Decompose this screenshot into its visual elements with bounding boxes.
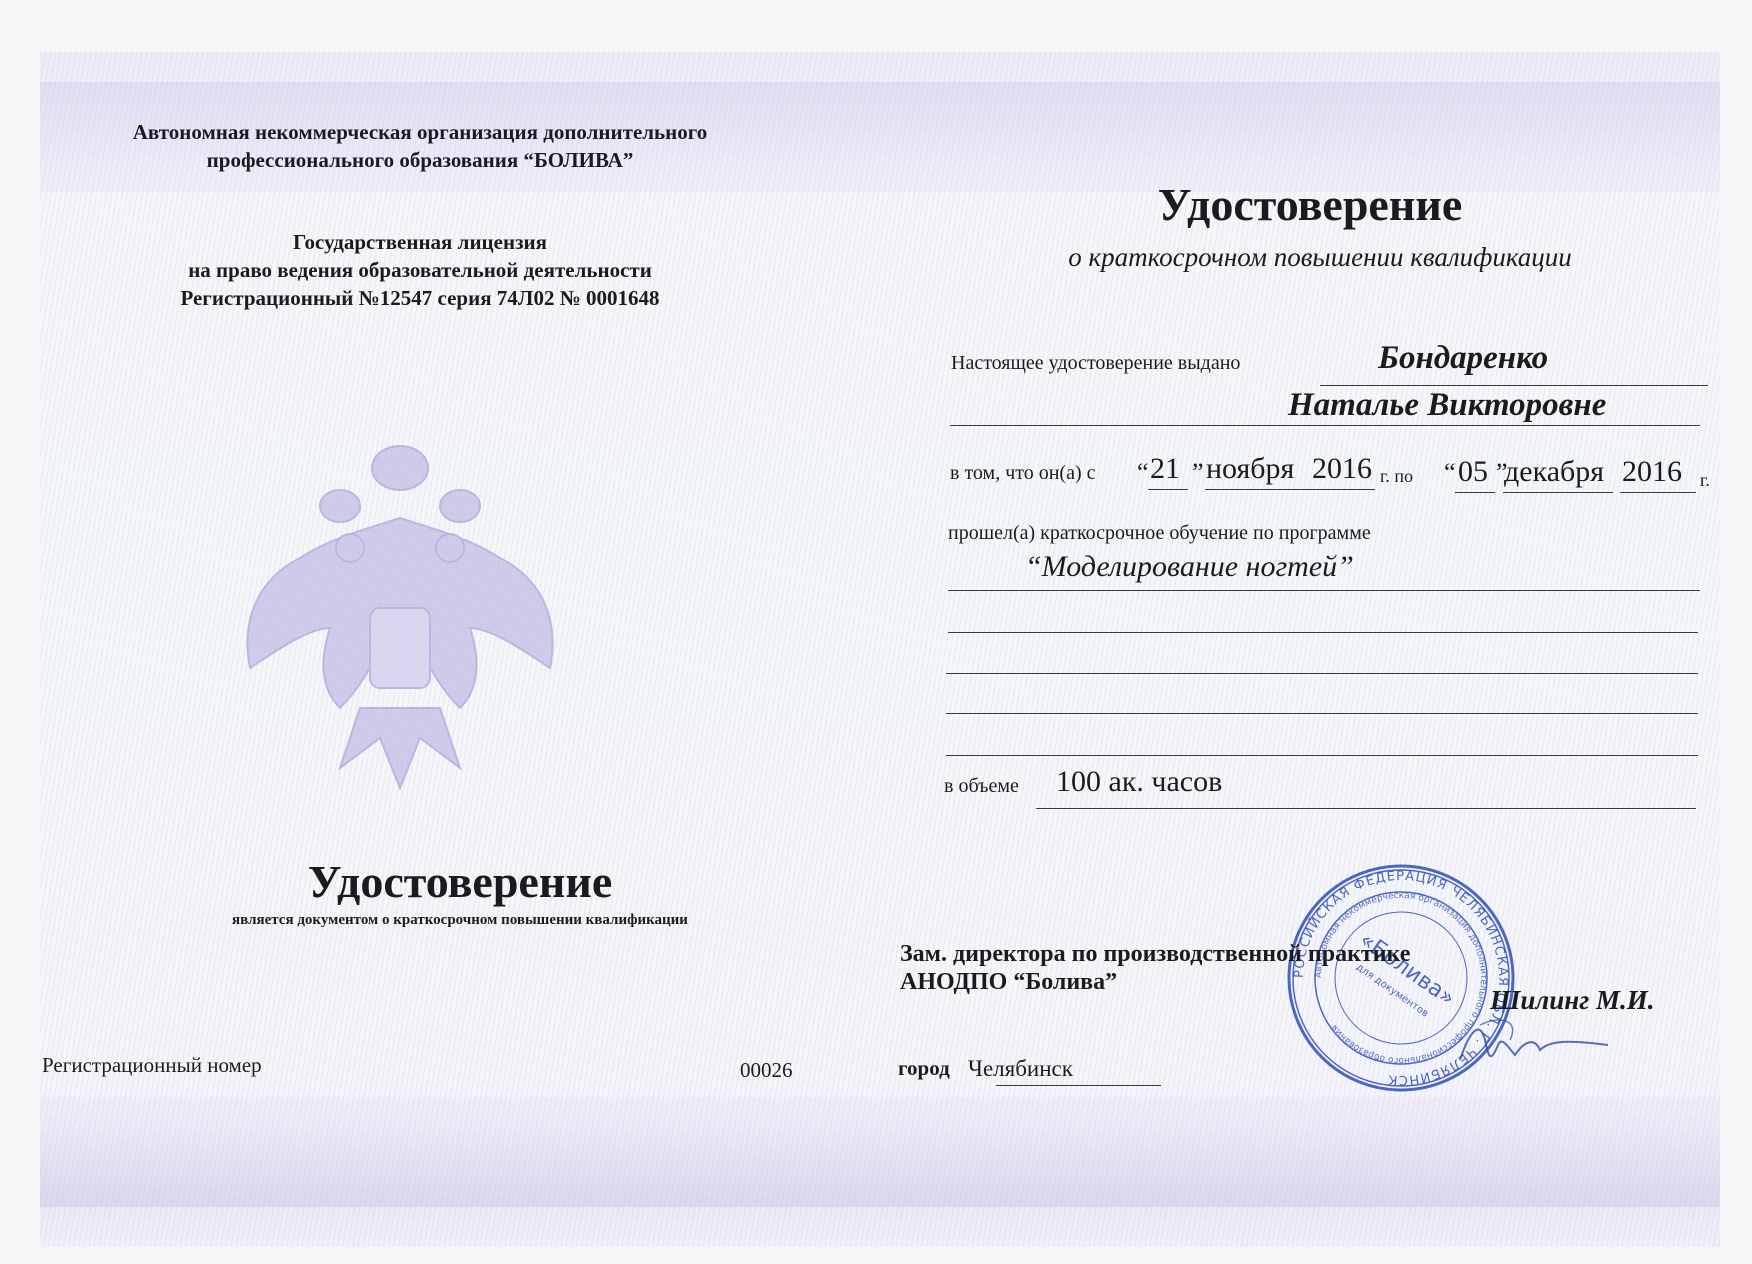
organization-line-1: Автономная некоммерческая организация до… [100, 118, 740, 146]
program-line-4 [946, 713, 1698, 714]
program-line-3 [946, 673, 1698, 674]
program-label: прошел(а) краткосрочное обучение по прог… [948, 522, 1371, 545]
license-line-1: Государственная лицензия [130, 228, 710, 256]
surname-field-line [1320, 385, 1708, 386]
city-label: город [898, 1056, 950, 1081]
signatory-title-line-2: АНОДПО “Болива” [900, 968, 1410, 996]
right-title: Удостоверение [1130, 178, 1490, 231]
right-subtitle: о краткосрочном повышении квалификации [980, 242, 1660, 273]
end-day: 05 [1458, 455, 1488, 489]
surname-value: Бондаренко [1378, 340, 1548, 377]
handwritten-signature [1440, 1010, 1610, 1070]
end-year: 2016 [1622, 455, 1682, 489]
end-year-line [1620, 492, 1696, 493]
license-block: Государственная лицензия на право ведени… [130, 228, 710, 312]
end-day-line [1455, 492, 1495, 493]
end-month-line [1503, 492, 1613, 493]
program-line-5 [946, 755, 1698, 756]
license-line-3: Регистрационный №12547 серия 74Л02 № 000… [130, 284, 710, 312]
year-suffix-1: г. по [1380, 466, 1413, 487]
left-subtitle: является документом о краткосрочном повы… [140, 912, 780, 929]
guilloche-band-bottom [40, 1097, 1720, 1207]
start-year: 2016 [1312, 452, 1372, 486]
given-names-value: Наталье Викторовне [1288, 387, 1606, 424]
close-quote: ” [1192, 458, 1204, 488]
open-quote: “ [1137, 458, 1149, 488]
signatory-title-line-1: Зам. директора по производственной практ… [900, 940, 1410, 968]
program-name: “Моделирование ногтей” [1025, 550, 1354, 584]
start-day-line [1148, 489, 1188, 490]
year-suffix-2: г. [1700, 470, 1710, 491]
program-line-1 [948, 590, 1700, 591]
volume-label: в объеме [944, 775, 1019, 798]
double-headed-eagle-icon [220, 428, 580, 808]
program-line-2 [948, 632, 1698, 633]
organization-line-2: профессионального образования “БОЛИВА” [100, 146, 740, 174]
license-line-2: на право ведения образовательной деятель… [130, 256, 710, 284]
issued-to-label: Настоящее удостоверение выдано [951, 352, 1240, 375]
start-month-year-line [1205, 489, 1375, 490]
left-title: Удостоверение [180, 855, 740, 908]
city-line [996, 1085, 1161, 1086]
registration-number-value: 00026 [740, 1058, 793, 1083]
period-prefix: в том, что он(а) с [950, 462, 1096, 485]
registration-number-label: Регистрационный номер [42, 1053, 262, 1078]
start-month: ноября [1206, 452, 1294, 486]
end-month: декабря [1504, 455, 1604, 489]
given-names-field-line [950, 425, 1700, 426]
organization-name: Автономная некоммерческая организация до… [100, 118, 740, 174]
volume-line [1036, 808, 1696, 809]
signatory-title: Зам. директора по производственной практ… [900, 940, 1410, 996]
start-day: 21 [1150, 452, 1180, 486]
city-value: Челябинск [968, 1056, 1073, 1082]
volume-value: 100 ак. часов [1056, 765, 1222, 799]
open-quote-2: “ [1444, 458, 1456, 488]
